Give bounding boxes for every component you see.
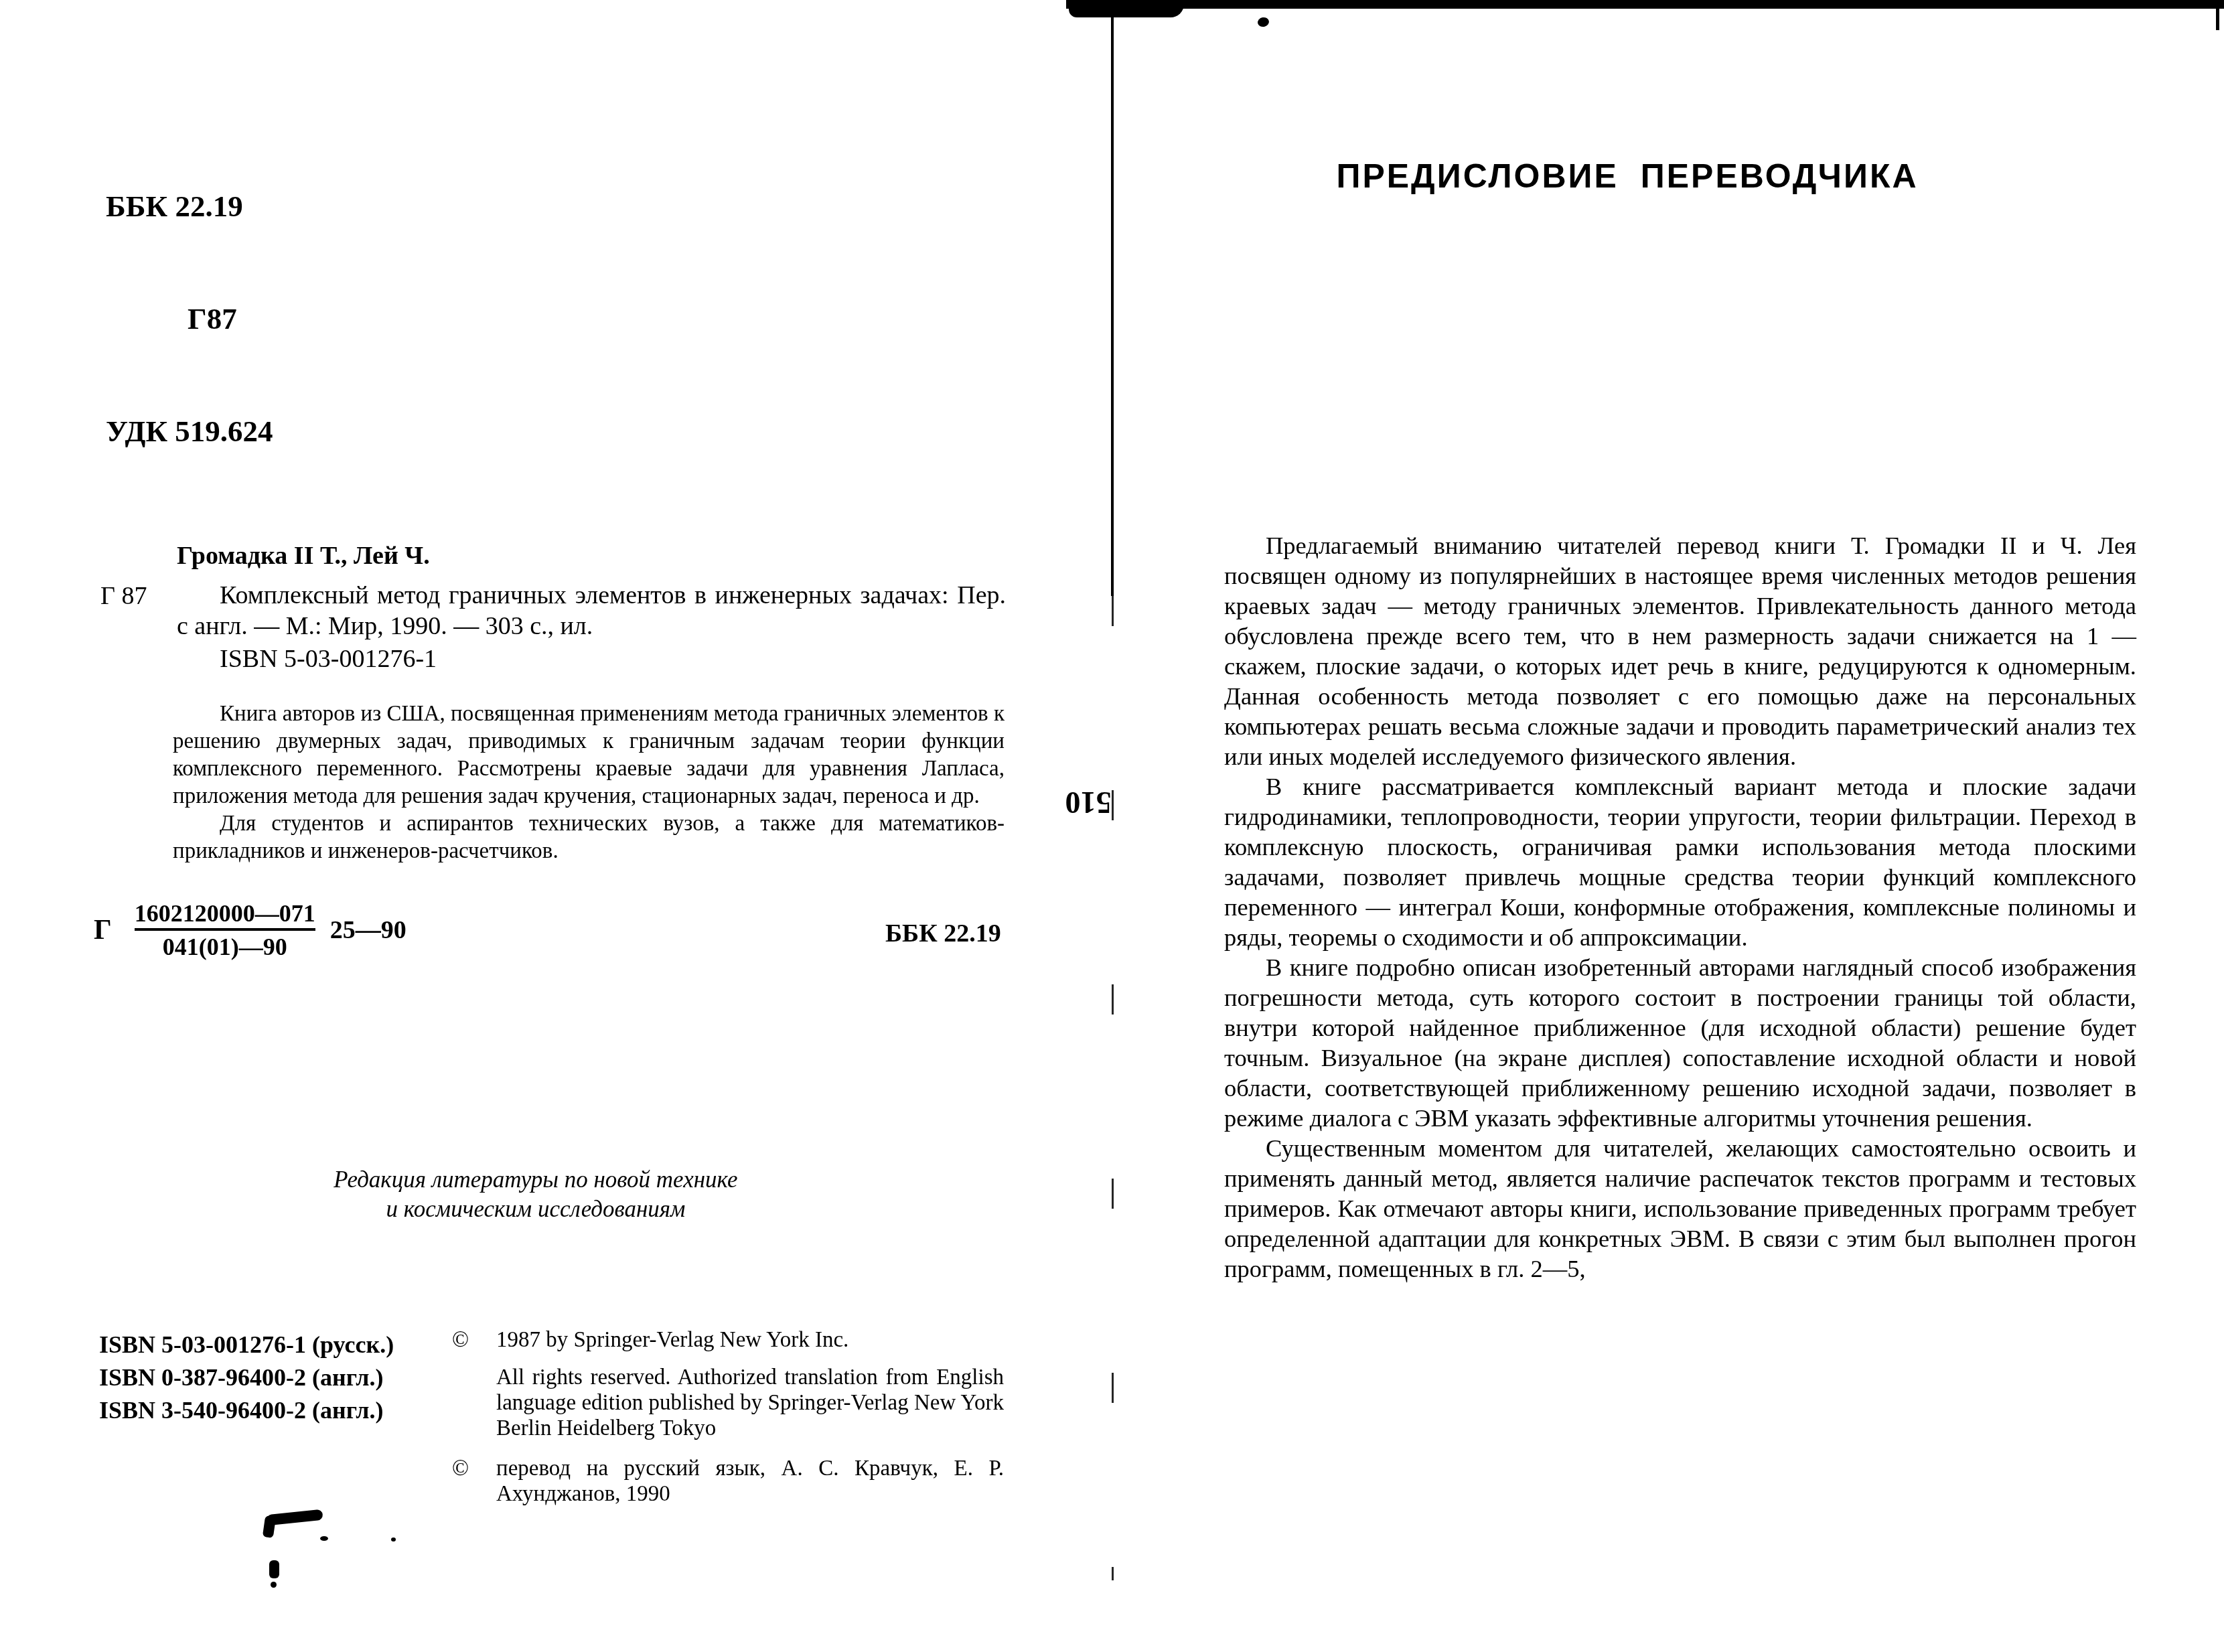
formula-fraction: 1602120000—071 041(01)—90	[135, 899, 315, 962]
preface-paragraph: В книге подробно описан изобретенный авт…	[1224, 952, 2136, 1133]
catalog-index-formula: Г 1602120000—071 041(01)—90 25—90	[94, 899, 406, 962]
copyright-rights-text: All rights reserved. Authorized translat…	[496, 1365, 1004, 1441]
udk-number: УДК 519.624	[106, 412, 273, 450]
annotation-paragraph: Книга авторов из США, посвященная примен…	[173, 700, 1005, 810]
catalog-entry-isbn: ISBN 5-03-001276-1	[220, 644, 437, 674]
copyright-symbol: ©	[452, 1456, 496, 1507]
catalog-entry-code: Г 87	[100, 581, 147, 611]
scan-edge-band	[1066, 0, 2224, 9]
bbk-number-right: ББК 22.19	[885, 919, 1001, 948]
fold-line	[1111, 7, 1114, 596]
annotation-block: Книга авторов из США, посвященная примен…	[173, 700, 1005, 865]
scan-edge-blob	[1069, 0, 1184, 17]
bbk-number: ББК 22.19	[106, 187, 273, 225]
preface-paragraph: Предлагаемый вниманию читателей перевод …	[1224, 530, 2136, 771]
author-sign-code: Г87	[188, 300, 273, 337]
isbn-list: ISBN 5-03-001276-1 (русск.) ISBN 0-387-9…	[99, 1329, 394, 1427]
copyright-original-text: 1987 by Springer-Verlag New York Inc.	[496, 1327, 848, 1353]
formula-denominator: 041(01)—90	[135, 928, 315, 962]
editorial-office-note: Редакция литературы по новой технике и к…	[234, 1165, 837, 1224]
preface-paragraph: Существенным моментом для читателей, жел…	[1224, 1133, 2136, 1284]
ink-smudge	[271, 1582, 277, 1588]
formula-numerator: 1602120000—071	[135, 899, 315, 928]
editorial-office-line: и космическим исследованиям	[234, 1195, 837, 1224]
catalog-entry-authors: Громадка II Т., Лей Ч.	[177, 541, 430, 571]
ink-smudge	[391, 1537, 396, 1542]
ink-smudge	[263, 1515, 276, 1538]
annotation-paragraph: Для студентов и аспирантов технических в…	[173, 810, 1005, 865]
book-scan-spread: ББК 22.19 Г87 УДК 519.624 Громадка II Т.…	[0, 0, 2224, 1652]
ink-dot	[1257, 17, 1270, 28]
isbn-english-2: ISBN 3-540-96400-2 (англ.)	[99, 1394, 394, 1427]
editorial-office-line: Редакция литературы по новой технике	[234, 1165, 837, 1195]
scan-corner-mark	[2216, 1, 2219, 30]
catalog-entry-title: Комплексный метод граничных элементов в …	[177, 580, 1006, 642]
copyright-original-row: © 1987 by Springer-Verlag New York Inc.	[452, 1327, 1004, 1353]
classification-block: ББК 22.19 Г87 УДК 519.624	[106, 112, 273, 525]
formula-suffix: 25—90	[330, 915, 406, 945]
isbn-english-1: ISBN 0-387-96400-2 (англ.)	[99, 1361, 394, 1394]
isbn-russian: ISBN 5-03-001276-1 (русск.)	[99, 1329, 394, 1361]
preface-paragraph: В книге рассматривается комплексный вари…	[1224, 771, 2136, 952]
ink-smudge	[269, 1560, 279, 1578]
inverted-page-number: 510	[1063, 785, 1113, 820]
copyright-symbol: ©	[452, 1327, 496, 1353]
copyright-translation-row: © перевод на русский язык, А. С. Кравчук…	[452, 1456, 1004, 1507]
ink-smudge	[320, 1536, 328, 1541]
fold-line-dashed	[1112, 596, 1114, 1580]
preface-heading: ПРЕДИСЛОВИЕ ПЕРЕВОДЧИКА	[1172, 157, 2083, 196]
copyright-translation-text: перевод на русский язык, А. С. Кравчук, …	[496, 1456, 1004, 1507]
preface-body: Предлагаемый вниманию читателей перевод …	[1224, 530, 2136, 1284]
formula-prefix: Г	[94, 914, 112, 946]
copyright-block: © 1987 by Springer-Verlag New York Inc. …	[452, 1327, 1004, 1507]
